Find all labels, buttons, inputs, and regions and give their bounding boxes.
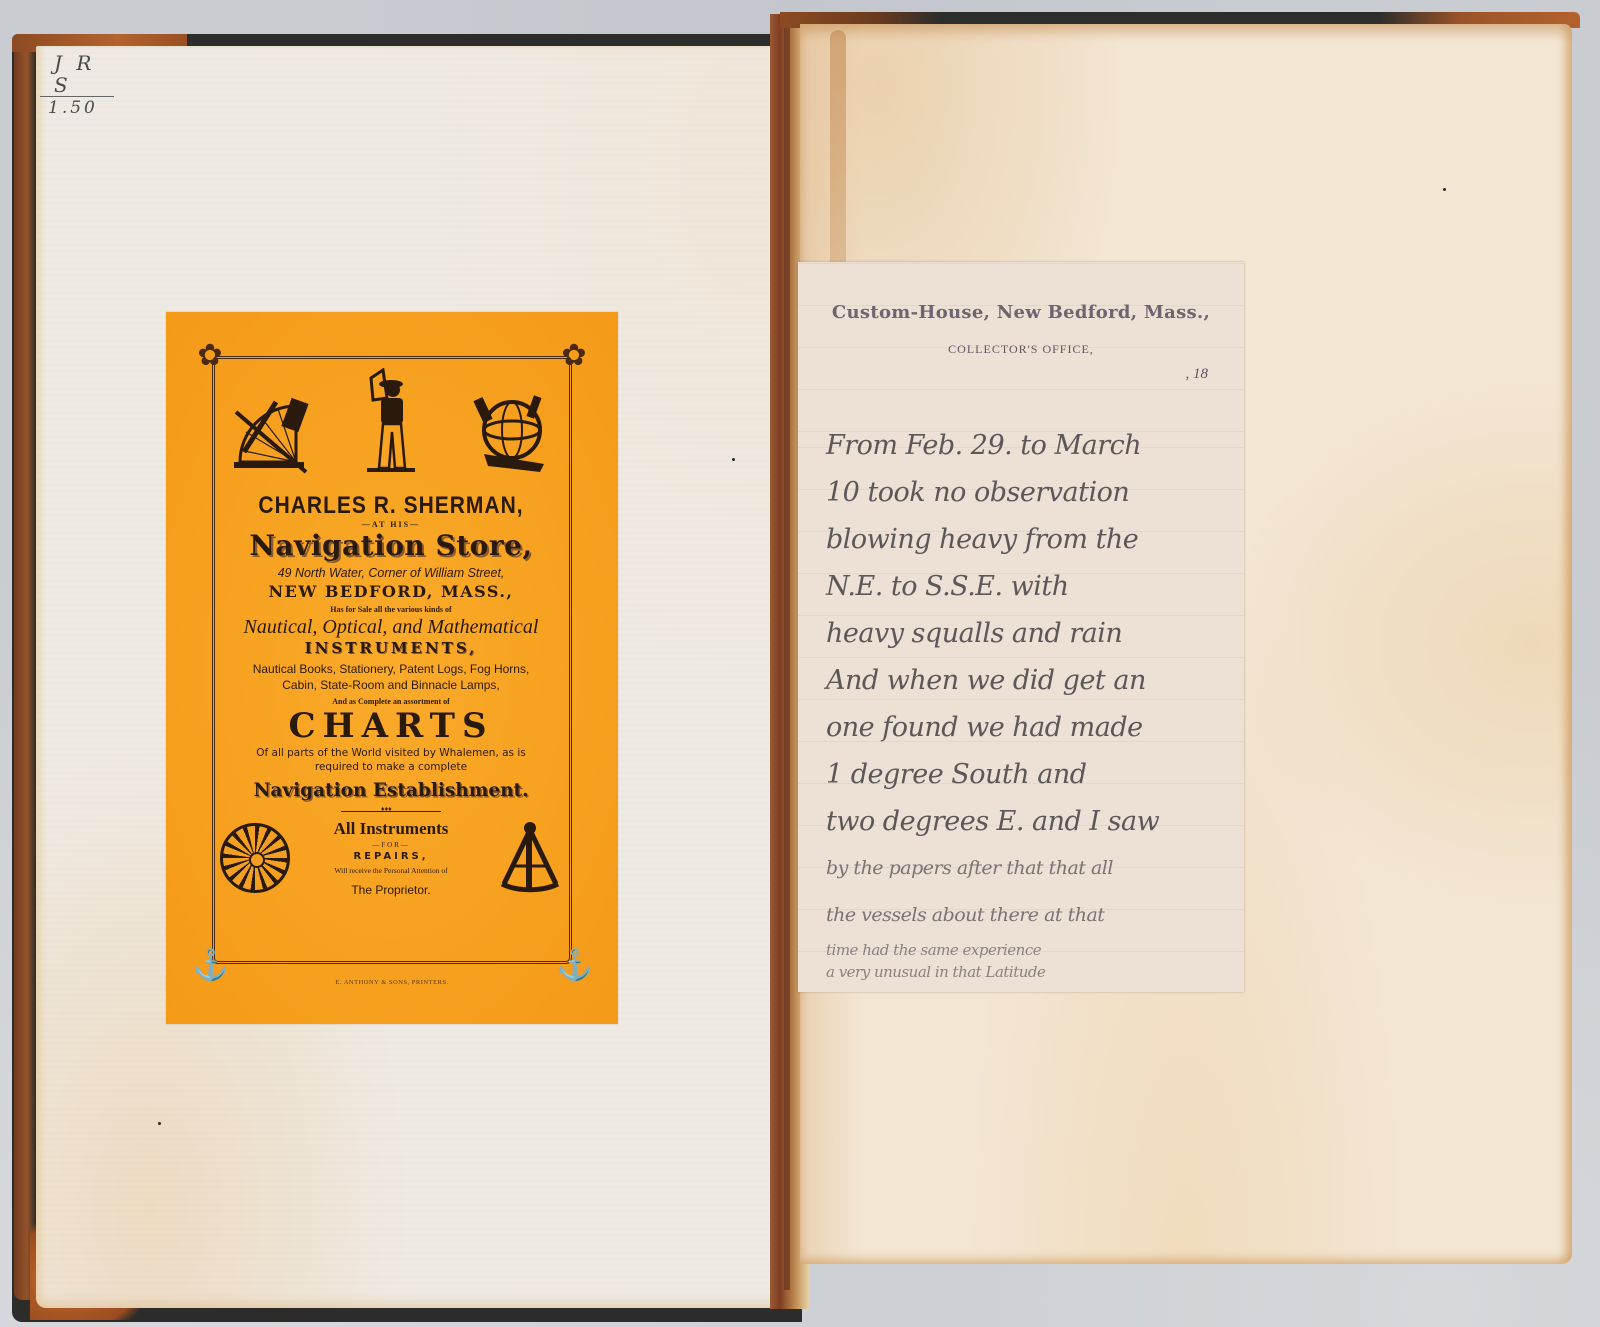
note-line: 10 took no observation [826, 469, 1236, 516]
card-charts: CHARTS [216, 706, 566, 746]
card-repairs-block: All Instruments —FOR— REPAIRS, Will rece… [290, 819, 492, 897]
card-printer-imprint: E. ANTHONY & SONS, PRINTERS. [166, 979, 618, 986]
note-line: by the papers after that that all [826, 845, 1236, 892]
card-proprietor: The Proprietor. [290, 883, 492, 897]
card-of-all-line-2: required to make a complete [216, 760, 566, 774]
letterhead-title: Custom-House, New Bedford, Mass., [798, 302, 1244, 323]
note-line: one found we had made [826, 704, 1236, 751]
page-speck [732, 458, 735, 461]
card-for: —FOR— [290, 841, 492, 849]
note-line: N.E. to S.S.E. with [826, 563, 1236, 610]
pencil-inscription: J R S 1.50 [40, 52, 150, 112]
pencil-initials: J R S [40, 52, 114, 97]
card-city: NEW BEDFORD, MASS., [216, 582, 566, 601]
note-line: blowing heavy from the [826, 516, 1236, 563]
sailor-with-sextant-icon [363, 368, 419, 478]
card-establishment: Navigation Establishment. [216, 780, 566, 801]
card-nautical-line: Nautical, Optical, and Mathematical [216, 616, 566, 639]
card-vignettes [216, 368, 566, 478]
pencil-price: 1.50 [40, 97, 150, 119]
pencil-handwritten-note: From Feb. 29. to March 10 took no observ… [826, 422, 1236, 983]
note-line: time had the same experience [826, 939, 1236, 961]
card-all-instruments: All Instruments [290, 819, 492, 839]
note-line: heavy squalls and rain [826, 610, 1236, 657]
note-line: two degrees E. and I saw [826, 798, 1236, 845]
quadrant-tools-icon [226, 392, 312, 478]
card-of-all-parts: Of all parts of the World visited by Wha… [216, 746, 566, 774]
card-assortment: And as Complete an assortment of [216, 697, 566, 706]
armillary-sphere-icon [470, 392, 556, 478]
sextant-icon [492, 818, 562, 898]
note-line: the vessels about there at that [826, 892, 1236, 939]
left-cover-leather-edge [14, 50, 36, 1300]
card-repairs: REPAIRS, [290, 851, 492, 862]
card-store-title: Navigation Store, [216, 529, 566, 562]
card-divider [341, 811, 441, 812]
page-speck [158, 1122, 161, 1125]
gutter-shadow [784, 20, 790, 1290]
card-books-line-2: Cabin, State-Room and Binnacle Lamps, [216, 677, 566, 693]
card-at-his: —AT HIS— [216, 520, 566, 529]
note-line: a very unusual in that Latitude [826, 961, 1236, 983]
trade-card: ✿ ✿ ⚓ ⚓ [166, 312, 618, 1024]
compass-rose-icon [220, 823, 290, 893]
custom-house-letter-slip: Custom-House, New Bedford, Mass., COLLEC… [798, 262, 1244, 992]
letterhead-office: COLLECTOR'S OFFICE, [798, 342, 1244, 357]
card-for-sale: Has for Sale all the various kinds of [216, 605, 566, 614]
card-text: CHARLES R. SHERMAN, —AT HIS— Navigation … [216, 368, 566, 898]
page-speck [1443, 188, 1446, 191]
card-of-all-line-1: Of all parts of the World visited by Wha… [216, 746, 566, 760]
note-line: From Feb. 29. to March [826, 422, 1236, 469]
card-address: 49 North Water, Corner of William Street… [216, 566, 566, 580]
note-line: And when we did get an [826, 657, 1236, 704]
card-will-receive: Will receive the Personal Attention of [290, 866, 492, 875]
card-repairs-row: All Instruments —FOR— REPAIRS, Will rece… [216, 818, 566, 898]
card-merchant-name: CHARLES R. SHERMAN, [216, 492, 566, 520]
card-books-line: Nautical Books, Stationery, Patent Logs,… [216, 661, 566, 693]
letterhead-dateline: , 18 [1186, 366, 1209, 383]
note-line: 1 degree South and [826, 751, 1236, 798]
card-instruments: INSTRUMENTS, [216, 639, 566, 657]
card-books-line-1: Nautical Books, Stationery, Patent Logs,… [216, 661, 566, 677]
